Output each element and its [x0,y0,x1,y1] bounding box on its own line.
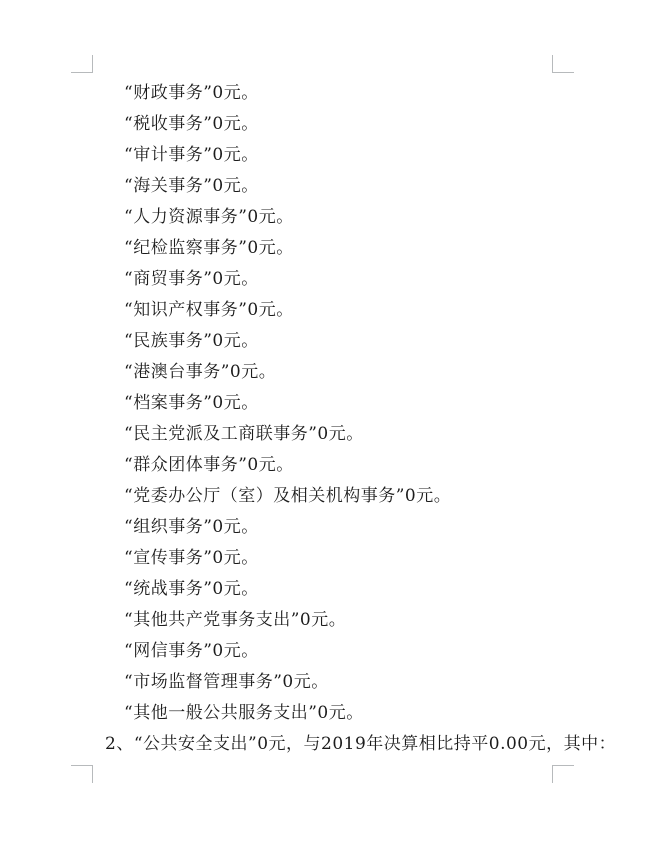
document-line: “知识产权事务”0元。 [93,295,565,326]
document-line: “群众团体事务”0元。 [93,450,565,481]
document-line: “市场监督管理事务”0元。 [93,667,565,698]
document-line: “网信事务”0元。 [93,636,565,667]
document-line: “纪检监察事务”0元。 [93,233,565,264]
document-line: “组织事务”0元。 [93,512,565,543]
document-line: “财政事务”0元。 [93,78,565,109]
document-line: “审计事务”0元。 [93,140,565,171]
document-line: “海关事务”0元。 [93,171,565,202]
document-line: “其他一般公共服务支出”0元。 [93,698,565,729]
document-line: “其他共产党事务支出”0元。 [93,605,565,636]
document-page: “财政事务”0元。 “税收事务”0元。 “审计事务”0元。 “海关事务”0元。 … [0,0,646,843]
document-line: “港澳台事务”0元。 [93,357,565,388]
margin-mark-bottom-right [552,765,574,783]
margin-mark-top-left [71,55,93,73]
document-line-numbered: 2、“公共安全支出”0元，与2019年决算相比持平0.00元，其中： [93,729,565,760]
document-line: “档案事务”0元。 [93,388,565,419]
document-line: “税收事务”0元。 [93,109,565,140]
document-line: “民族事务”0元。 [93,326,565,357]
document-line: “党委办公厅（室）及相关机构事务”0元。 [93,481,565,512]
document-line: “民主党派及工商联事务”0元。 [93,419,565,450]
margin-mark-top-right [552,55,574,73]
document-line: “宣传事务”0元。 [93,543,565,574]
document-line: “人力资源事务”0元。 [93,202,565,233]
margin-mark-bottom-left [71,765,93,783]
document-text-block: “财政事务”0元。 “税收事务”0元。 “审计事务”0元。 “海关事务”0元。 … [93,78,565,760]
document-line: “商贸事务”0元。 [93,264,565,295]
document-line: “统战事务”0元。 [93,574,565,605]
